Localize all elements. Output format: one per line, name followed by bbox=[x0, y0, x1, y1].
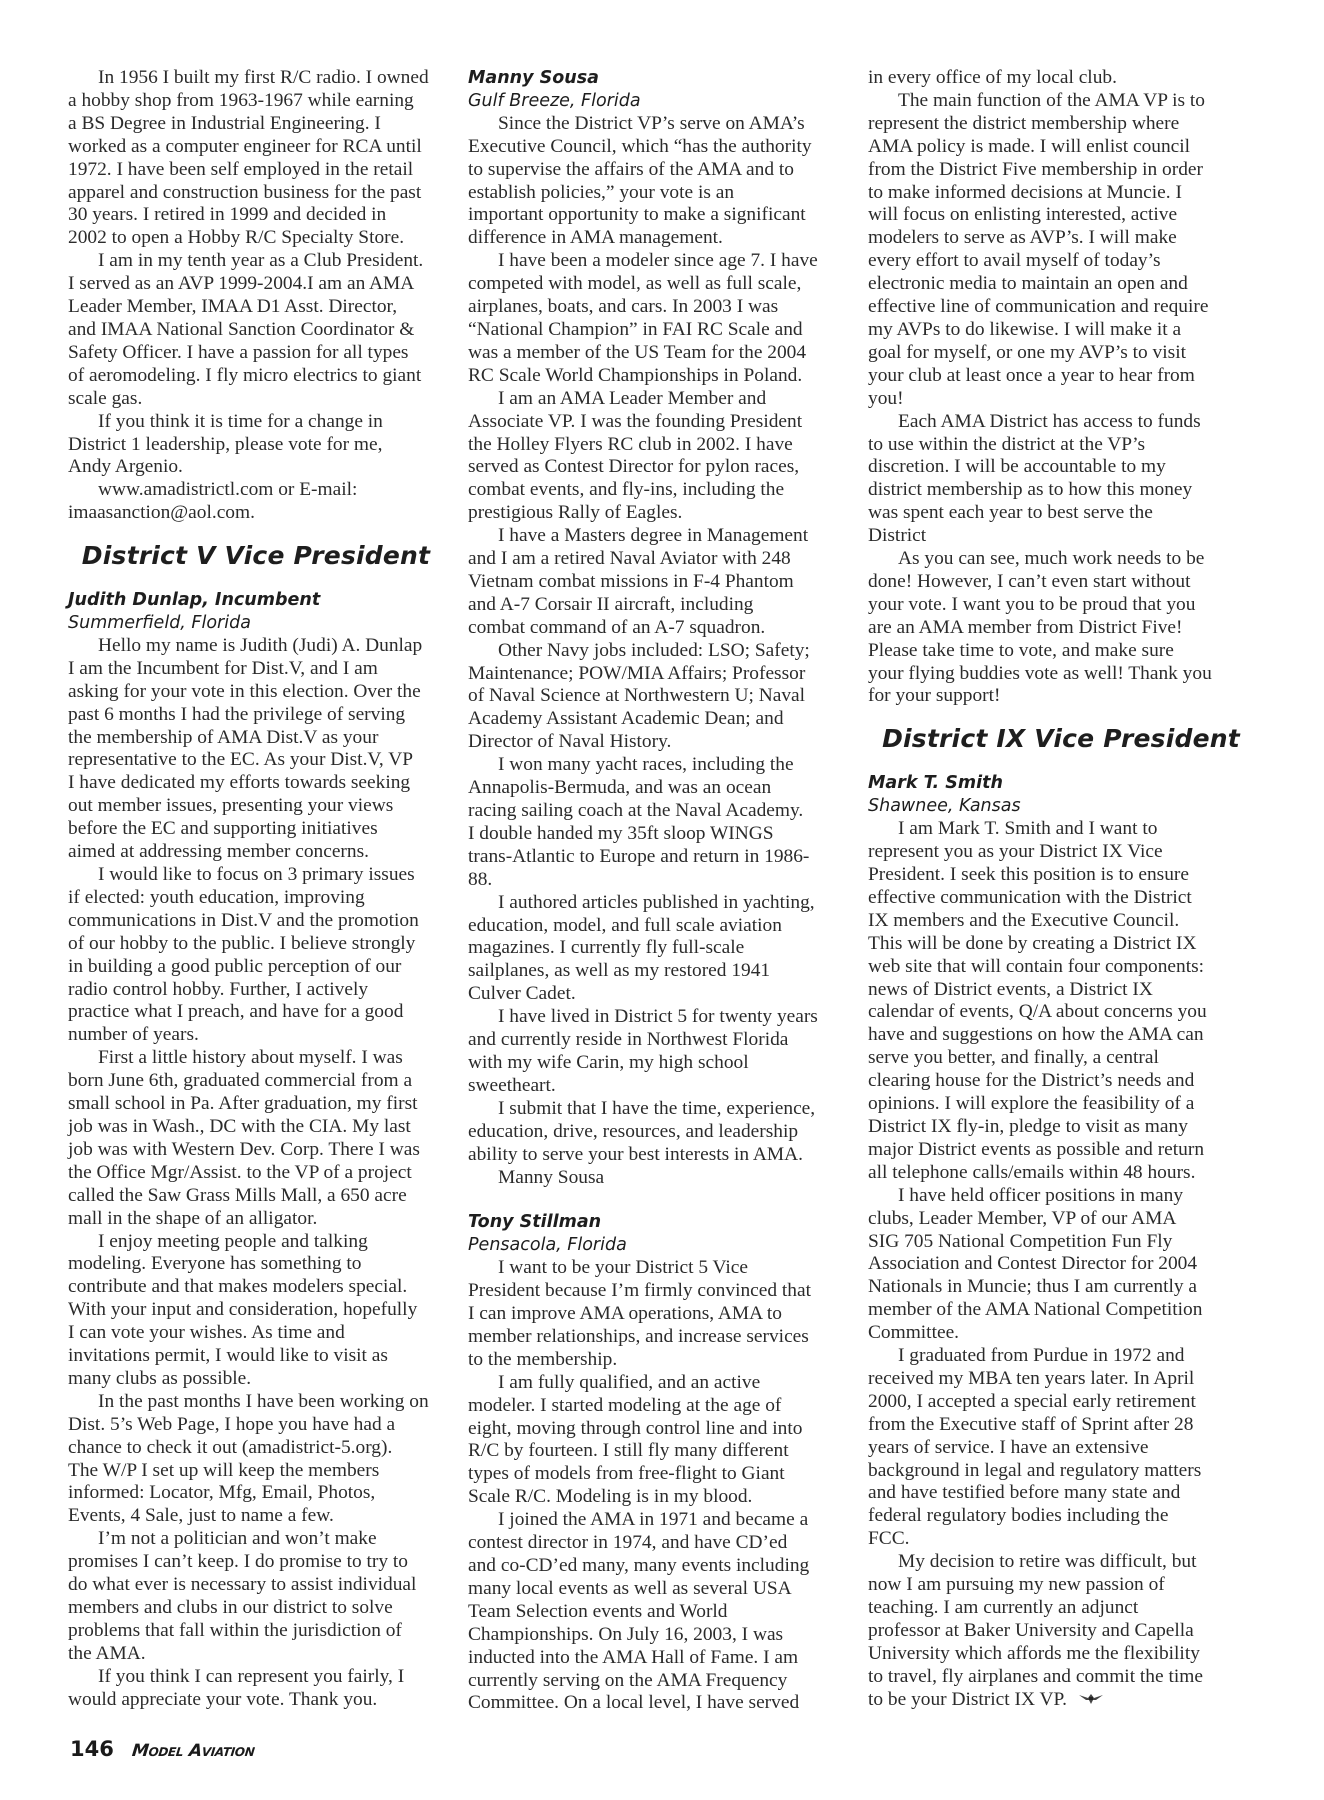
text-line: RC Scale World Championships in Poland. bbox=[468, 365, 850, 388]
text-line: types of models from free-flight to Gian… bbox=[468, 1463, 850, 1486]
text-line: done! However, I can’t even start withou… bbox=[868, 571, 1254, 594]
text-line: Annapolis-Bermuda, and was an ocean bbox=[468, 777, 850, 800]
text-line: Committee. On a local level, I have serv… bbox=[468, 1692, 850, 1715]
candidate-statement: Since the District VP’s serve on AMA’sEx… bbox=[468, 113, 850, 1190]
text-line: discretion. I will be accountable to my bbox=[868, 456, 1254, 479]
text-line: to supervise the affairs of the AMA and … bbox=[468, 159, 850, 182]
text-line: Dist. 5’s Web Page, I hope you have had … bbox=[68, 1414, 444, 1437]
text-line: AMA policy is made. I will enlist counci… bbox=[868, 136, 1254, 159]
text-line: I am Mark T. Smith and I want to bbox=[868, 818, 1254, 841]
text-line: I am in my tenth year as a Club Presiden… bbox=[68, 250, 444, 273]
paragraph: I authored articles published in yachtin… bbox=[468, 892, 850, 1007]
text-line: a hobby shop from 1963-1967 while earnin… bbox=[68, 90, 444, 113]
text-line: modeler. I started modeling at the age o… bbox=[468, 1395, 850, 1418]
text-line: small school in Pa. After graduation, my… bbox=[68, 1093, 444, 1116]
text-line: apparel and construction business for th… bbox=[68, 182, 444, 205]
text-line: In 1956 I built my first R/C radio. I ow… bbox=[68, 67, 444, 90]
paragraph: Other Navy jobs included: LSO; Safety;Ma… bbox=[468, 640, 850, 755]
text-line: communications in Dist.V and the promoti… bbox=[68, 910, 444, 933]
text-line: I served as an AVP 1999-2004.I am an AMA bbox=[68, 273, 444, 296]
text-line: with my wife Carin, my high school bbox=[468, 1052, 850, 1075]
text-line: I double handed my 35ft sloop WINGS bbox=[468, 823, 850, 846]
text-line: First a little history about myself. I w… bbox=[68, 1047, 444, 1070]
text-line: Academy Assistant Academic Dean; and bbox=[468, 708, 850, 731]
column-1: In 1956 I built my first R/C radio. I ow… bbox=[68, 67, 444, 1712]
text-line: Maintenance; POW/MIA Affairs; Professor bbox=[468, 663, 850, 686]
text-line: chance to check it out (amadistrict-5.or… bbox=[68, 1437, 444, 1460]
text-line: My decision to retire was difficult, but bbox=[868, 1551, 1254, 1574]
paragraph: I have a Masters degree in Managementand… bbox=[468, 525, 850, 640]
text-line: racing sailing coach at the Naval Academ… bbox=[468, 800, 850, 823]
text-line: mall in the shape of an alligator. bbox=[68, 1208, 444, 1231]
paragraph: I want to be your District 5 VicePreside… bbox=[468, 1257, 850, 1372]
text-line: establish policies,” your vote is an bbox=[468, 182, 850, 205]
candidate-statement: Hello my name is Judith (Judi) A. Dunlap… bbox=[68, 635, 444, 1712]
text-line: represent you as your District IX Vice bbox=[868, 841, 1254, 864]
tony-stillman-statement-continued: in every office of my local club.The mai… bbox=[868, 67, 1254, 708]
text-line: trans-Atlantic to Europe and return in 1… bbox=[468, 846, 850, 869]
text-line: I am the Incumbent for Dist.V, and I am bbox=[68, 658, 444, 681]
candidate-manny-sousa: Manny Sousa Gulf Breeze, Florida Since t… bbox=[468, 67, 850, 1189]
paragraph: I won many yacht races, including theAnn… bbox=[468, 754, 850, 891]
text-line: 88. bbox=[468, 869, 850, 892]
text-line: clearing house for the District’s needs … bbox=[868, 1070, 1254, 1093]
paragraph: Since the District VP’s serve on AMA’sEx… bbox=[468, 113, 850, 250]
text-line: from the Executive staff of Sprint after… bbox=[868, 1414, 1254, 1437]
paragraph: I’m not a politician and won’t makepromi… bbox=[68, 1528, 444, 1665]
text-line: R/C by fourteen. I still fly many differ… bbox=[468, 1440, 850, 1463]
spacer bbox=[468, 1189, 850, 1211]
text-line: Leader Member, IMAA D1 Asst. Director, bbox=[68, 296, 444, 319]
text-line: of aeromodeling. I fly micro electrics t… bbox=[68, 365, 444, 388]
candidate-tony-stillman: Tony Stillman Pensacola, Florida I want … bbox=[468, 1211, 850, 1715]
text-line: 1972. I have been self employed in the r… bbox=[68, 159, 444, 182]
paragraph: I have lived in District 5 for twenty ye… bbox=[468, 1006, 850, 1098]
text-line: As you can see, much work needs to be bbox=[868, 548, 1254, 571]
text-line: my AVPs to do likewise. I will make it a bbox=[868, 319, 1254, 342]
paragraph: If you think it is time for a change inD… bbox=[68, 411, 444, 480]
text-line: FCC. bbox=[868, 1528, 1254, 1551]
text-line: all telephone calls/emails within 48 hou… bbox=[868, 1162, 1254, 1185]
text-line: served as Contest Director for pylon rac… bbox=[468, 456, 850, 479]
page-number: 146 bbox=[70, 1737, 114, 1761]
candidate-location: Pensacola, Florida bbox=[468, 1234, 850, 1257]
text-line: news of District events, a District IX bbox=[868, 979, 1254, 1002]
paragraph: Each AMA District has access to fundsto … bbox=[868, 411, 1254, 548]
text-line: in every office of my local club. bbox=[868, 67, 1254, 90]
text-line: to be your District IX VP. bbox=[868, 1689, 1254, 1712]
text-line: inducted into the AMA Hall of Fame. I am bbox=[468, 1647, 850, 1670]
text-line: Associate VP. I was the founding Preside… bbox=[468, 411, 850, 434]
text-line: federal regulatory bodies including the bbox=[868, 1505, 1254, 1528]
text-line: would appreciate your vote. Thank you. bbox=[68, 1689, 444, 1712]
candidate-judith-dunlap: Judith Dunlap, Incumbent Summerfield, Fl… bbox=[68, 589, 444, 1711]
text-line: representative to the EC. As your Dist.V… bbox=[68, 749, 444, 772]
paragraph: in every office of my local club. bbox=[868, 67, 1254, 90]
paragraph: The main function of the AMA VP is torep… bbox=[868, 90, 1254, 411]
text-line: and co-CD’ed many, many events including bbox=[468, 1555, 850, 1578]
text-line: difference in AMA management. bbox=[468, 227, 850, 250]
text-line: your vote. I want you to be proud that y… bbox=[868, 594, 1254, 617]
text-line: Events, 4 Sale, just to name a few. bbox=[68, 1505, 444, 1528]
text-line: This will be done by creating a District… bbox=[868, 933, 1254, 956]
text-line: imaasanction@aol.com. bbox=[68, 502, 444, 525]
text-line: I can vote your wishes. As time and bbox=[68, 1322, 444, 1345]
text-line: Please take time to vote, and make sure bbox=[868, 640, 1254, 663]
text-line: electronic media to maintain an open and bbox=[868, 273, 1254, 296]
text-line: I enjoy meeting people and talking bbox=[68, 1231, 444, 1254]
candidate-name: Tony Stillman bbox=[468, 1211, 850, 1234]
text-line: I won many yacht races, including the bbox=[468, 754, 850, 777]
text-line: web site that will contain four componen… bbox=[868, 956, 1254, 979]
paragraph: I am Mark T. Smith and I want torepresen… bbox=[868, 818, 1254, 1185]
text-line: I have been a modeler since age 7. I hav… bbox=[468, 250, 850, 273]
text-line: problems that fall within the jurisdicti… bbox=[68, 1620, 444, 1643]
text-line: Andy Argenio. bbox=[68, 456, 444, 479]
text-line: clubs, Leader Member, VP of our AMA bbox=[868, 1208, 1254, 1231]
text-line: many clubs as possible. bbox=[68, 1368, 444, 1391]
text-line: I’m not a politician and won’t make bbox=[68, 1528, 444, 1551]
paragraph: Hello my name is Judith (Judi) A. Dunlap… bbox=[68, 635, 444, 864]
paragraph: I am in my tenth year as a Club Presiden… bbox=[68, 250, 444, 410]
text-line: serve you better, and finally, a central bbox=[868, 1047, 1254, 1070]
paragraph: www.amadistrictl.com or E-mail:imaasanct… bbox=[68, 479, 444, 525]
text-line: If you think it is time for a change in bbox=[68, 411, 444, 434]
text-line: Nationals in Muncie; thus I am currently… bbox=[868, 1276, 1254, 1299]
text-line: Other Navy jobs included: LSO; Safety; bbox=[468, 640, 850, 663]
text-line: asking for your vote in this election. O… bbox=[68, 681, 444, 704]
text-line: district membership as to how this money bbox=[868, 479, 1254, 502]
text-line: 30 years. I retired in 1999 and decided … bbox=[68, 204, 444, 227]
text-line: modeling. Everyone has something to bbox=[68, 1253, 444, 1276]
text-line: Manny Sousa bbox=[468, 1167, 850, 1190]
text-line: practice what I preach, and have for a g… bbox=[68, 1001, 444, 1024]
text-line: professor at Baker University and Capell… bbox=[868, 1620, 1254, 1643]
text-line: Culver Cadet. bbox=[468, 983, 850, 1006]
text-line: major District events as possible and re… bbox=[868, 1139, 1254, 1162]
text-line: eight, moving through control line and i… bbox=[468, 1418, 850, 1441]
text-line: every effort to avail myself of today’s bbox=[868, 250, 1254, 273]
text-line: SIG 705 National Competition Fun Fly bbox=[868, 1231, 1254, 1254]
text-line: member relationships, and increase servi… bbox=[468, 1326, 850, 1349]
candidate-statement: I am Mark T. Smith and I want torepresen… bbox=[868, 818, 1254, 1711]
text-line: I have dedicated my efforts towards seek… bbox=[68, 772, 444, 795]
text-line: combat command of an A-7 squadron. bbox=[468, 617, 850, 640]
text-line: have and suggestions on how the AMA can bbox=[868, 1024, 1254, 1047]
text-line: I joined the AMA in 1971 and became a bbox=[468, 1509, 850, 1532]
paragraph: I would like to focus on 3 primary issue… bbox=[68, 864, 444, 1047]
text-line: District IX fly-in, pledge to visit as m… bbox=[868, 1116, 1254, 1139]
candidate-name: Mark T. Smith bbox=[868, 772, 1254, 795]
text-line: currently serving on the AMA Frequency bbox=[468, 1670, 850, 1693]
paragraph: I graduated from Purdue in 1972 andrecei… bbox=[868, 1345, 1254, 1551]
text-line: With your input and consideration, hopef… bbox=[68, 1299, 444, 1322]
text-line: I am fully qualified, and an active bbox=[468, 1372, 850, 1395]
paragraph: I enjoy meeting people and talkingmodeli… bbox=[68, 1231, 444, 1391]
text-line: to use within the district at the VP’s bbox=[868, 434, 1254, 457]
text-line: I can improve AMA operations, AMA to bbox=[468, 1303, 850, 1326]
paragraph: I submit that I have the time, experienc… bbox=[468, 1098, 850, 1167]
magazine-title: Model Aviation bbox=[131, 1741, 256, 1761]
text-line: I authored articles published in yachtin… bbox=[468, 892, 850, 915]
text-line: will focus on enlisting interested, acti… bbox=[868, 204, 1254, 227]
text-line: IX members and the Executive Council. bbox=[868, 910, 1254, 933]
candidate-location: Gulf Breeze, Florida bbox=[468, 90, 850, 113]
paragraph: I am fully qualified, and an activemodel… bbox=[468, 1372, 850, 1509]
text-line: promises I can’t keep. I do promise to t… bbox=[68, 1551, 444, 1574]
text-line: background in legal and regulatory matte… bbox=[868, 1460, 1254, 1483]
candidate-mark-t-smith: Mark T. Smith Shawnee, Kansas I am Mark … bbox=[868, 772, 1254, 1711]
text-line: and IMAA National Sanction Coordinator & bbox=[68, 319, 444, 342]
text-line: In the past months I have been working o… bbox=[68, 1391, 444, 1414]
text-line: to travel, fly airplanes and commit the … bbox=[868, 1666, 1254, 1689]
paragraph: In 1956 I built my first R/C radio. I ow… bbox=[68, 67, 444, 250]
text-line: combat events, and fly-ins, including th… bbox=[468, 479, 850, 502]
text-line: President because I’m firmly convinced t… bbox=[468, 1280, 850, 1303]
text-line: from the District Five membership in ord… bbox=[868, 159, 1254, 182]
text-line: and I am a retired Naval Aviator with 24… bbox=[468, 548, 850, 571]
paragraph: If you think I can represent you fairly,… bbox=[68, 1666, 444, 1712]
text-line: Championships. On July 16, 2003, I was bbox=[468, 1624, 850, 1647]
text-line: born June 6th, graduated commercial from… bbox=[68, 1070, 444, 1093]
text-line: and have testified before many state and bbox=[868, 1482, 1254, 1505]
text-line: www.amadistrictl.com or E-mail: bbox=[68, 479, 444, 502]
paragraph: I joined the AMA in 1971 and became acon… bbox=[468, 1509, 850, 1715]
text-line: education, model, and full scale aviatio… bbox=[468, 915, 850, 938]
text-line: was a member of the US Team for the 2004 bbox=[468, 342, 850, 365]
text-line: job was with Western Dev. Corp. There I … bbox=[68, 1139, 444, 1162]
text-line: important opportunity to make a signific… bbox=[468, 204, 850, 227]
text-line: represent the district membership where bbox=[868, 113, 1254, 136]
text-line: the Holley Flyers RC club in 2002. I hav… bbox=[468, 434, 850, 457]
paragraph: I am an AMA Leader Member andAssociate V… bbox=[468, 388, 850, 525]
text-line: ability to serve your best interests in … bbox=[468, 1144, 850, 1167]
text-line: Team Selection events and World bbox=[468, 1601, 850, 1624]
text-line: District 1 leadership, please vote for m… bbox=[68, 434, 444, 457]
column-3: in every office of my local club.The mai… bbox=[868, 67, 1254, 1712]
text-line: The W/P I set up will keep the members bbox=[68, 1460, 444, 1483]
text-line: the Office Mgr/Assist. to the VP of a pr… bbox=[68, 1162, 444, 1185]
text-line: District bbox=[868, 525, 1254, 548]
text-line: sailplanes, as well as my restored 1941 bbox=[468, 960, 850, 983]
candidate-statement: I want to be your District 5 VicePreside… bbox=[468, 1257, 850, 1715]
text-line: for your support! bbox=[868, 685, 1254, 708]
text-line: job was in Wash., DC with the CIA. My la… bbox=[68, 1116, 444, 1139]
text-line: I have held officer positions in many bbox=[868, 1185, 1254, 1208]
text-line: do what ever is necessary to assist indi… bbox=[68, 1574, 444, 1597]
text-line: 2002 to open a Hobby R/C Specialty Store… bbox=[68, 227, 444, 250]
text-line: Hello my name is Judith (Judi) A. Dunlap bbox=[68, 635, 444, 658]
page-footer: 146 Model Aviation bbox=[70, 1737, 254, 1761]
paragraph: In the past months I have been working o… bbox=[68, 1391, 444, 1528]
text-line: Since the District VP’s serve on AMA’s bbox=[468, 113, 850, 136]
text-line: members and clubs in our district to sol… bbox=[68, 1597, 444, 1620]
text-line: I have a Masters degree in Management bbox=[468, 525, 850, 548]
text-line: I graduated from Purdue in 1972 and bbox=[868, 1345, 1254, 1368]
candidate-name: Judith Dunlap, Incumbent bbox=[68, 589, 444, 612]
text-line: 2000, I accepted a special early retirem… bbox=[868, 1391, 1254, 1414]
paragraph: Manny Sousa bbox=[468, 1167, 850, 1190]
text-line: Director of Naval History. bbox=[468, 731, 850, 754]
text-line: education, drive, resources, and leaders… bbox=[468, 1121, 850, 1144]
text-line: and A-7 Corsair II aircraft, including bbox=[468, 594, 850, 617]
text-line: aimed at addressing member concerns. bbox=[68, 841, 444, 864]
paragraph: I have held officer positions in manyclu… bbox=[868, 1185, 1254, 1345]
text-line: of our hobby to the public. I believe st… bbox=[68, 933, 444, 956]
text-line: in building a good public perception of … bbox=[68, 956, 444, 979]
text-line: calendar of events, Q/A about concerns y… bbox=[868, 1001, 1254, 1024]
text-line: Safety Officer. I have a passion for all… bbox=[68, 342, 444, 365]
paragraph: First a little history about myself. I w… bbox=[68, 1047, 444, 1230]
text-line: If you think I can represent you fairly,… bbox=[68, 1666, 444, 1689]
text-line: Each AMA District has access to funds bbox=[868, 411, 1254, 434]
text-line: many local events as well as several USA bbox=[468, 1578, 850, 1601]
text-line: Executive Council, which “has the author… bbox=[468, 136, 850, 159]
text-line: contribute and that makes modelers speci… bbox=[68, 1276, 444, 1299]
text-line: of Naval Science at Northwestern U; Nava… bbox=[468, 685, 850, 708]
text-line: I submit that I have the time, experienc… bbox=[468, 1098, 850, 1121]
paragraph: I have been a modeler since age 7. I hav… bbox=[468, 250, 850, 387]
text-line: Scale R/C. Modeling is in my blood. bbox=[468, 1486, 850, 1509]
text-line: a BS Degree in Industrial Engineering. I bbox=[68, 113, 444, 136]
text-line: received my MBA ten years later. In Apri… bbox=[868, 1368, 1254, 1391]
text-line: effective line of communication and requ… bbox=[868, 296, 1254, 319]
text-line: past 6 months I had the privilege of ser… bbox=[68, 704, 444, 727]
text-line: competed with model, as well as full sca… bbox=[468, 273, 850, 296]
text-line: sweetheart. bbox=[468, 1075, 850, 1098]
section-heading-district-v: District V Vice President bbox=[68, 541, 444, 571]
text-line: and currently reside in Northwest Florid… bbox=[468, 1029, 850, 1052]
text-line: invitations permit, I would like to visi… bbox=[68, 1345, 444, 1368]
text-line: “National Champion” in FAI RC Scale and bbox=[468, 319, 850, 342]
text-line: opinions. I will explore the feasibility… bbox=[868, 1093, 1254, 1116]
column-2: Manny Sousa Gulf Breeze, Florida Since t… bbox=[468, 67, 850, 1715]
text-line: to the membership. bbox=[468, 1349, 850, 1372]
text-line: I would like to focus on 3 primary issue… bbox=[68, 864, 444, 887]
text-line: The main function of the AMA VP is to bbox=[868, 90, 1254, 113]
text-line: out member issues, presenting your views bbox=[68, 795, 444, 818]
text-line: I have lived in District 5 for twenty ye… bbox=[468, 1006, 850, 1029]
text-line: are an AMA member from District Five! bbox=[868, 617, 1254, 640]
text-line: the membership of AMA Dist.V as your bbox=[68, 727, 444, 750]
paragraph: My decision to retire was difficult, but… bbox=[868, 1551, 1254, 1711]
text-line: goal for myself, or one my AVP’s to visi… bbox=[868, 342, 1254, 365]
text-line: if elected: youth education, improving bbox=[68, 887, 444, 910]
text-line: before the EC and supporting initiatives bbox=[68, 818, 444, 841]
text-line: President. I seek this position is to en… bbox=[868, 864, 1254, 887]
andy-argenio-statement-continued: In 1956 I built my first R/C radio. I ow… bbox=[68, 67, 444, 525]
text-line: was spent each year to best serve the bbox=[868, 502, 1254, 525]
text-line: prestigious Rally of Eagles. bbox=[468, 502, 850, 525]
text-line: to make informed decisions at Muncie. I bbox=[868, 182, 1254, 205]
text-line: member of the AMA National Competition bbox=[868, 1299, 1254, 1322]
candidate-name: Manny Sousa bbox=[468, 67, 850, 90]
text-line: airplanes, boats, and cars. In 2003 I wa… bbox=[468, 296, 850, 319]
section-heading-district-ix: District IX Vice President bbox=[868, 724, 1254, 754]
text-line: radio control hobby. Further, I actively bbox=[68, 979, 444, 1002]
text-line: Association and Contest Director for 200… bbox=[868, 1253, 1254, 1276]
text-line: called the Saw Grass Mills Mall, a 650 a… bbox=[68, 1185, 444, 1208]
text-line: years of service. I have an extensive bbox=[868, 1437, 1254, 1460]
text-line: worked as a computer engineer for RCA un… bbox=[68, 136, 444, 159]
text-line: effective communication with the Distric… bbox=[868, 887, 1254, 910]
candidate-location: Summerfield, Florida bbox=[68, 612, 444, 635]
text-line: Committee. bbox=[868, 1322, 1254, 1345]
text-line: I am an AMA Leader Member and bbox=[468, 388, 850, 411]
text-line: scale gas. bbox=[68, 388, 444, 411]
text-line: number of years. bbox=[68, 1024, 444, 1047]
text-line: I want to be your District 5 Vice bbox=[468, 1257, 850, 1280]
candidate-location: Shawnee, Kansas bbox=[868, 795, 1254, 818]
ama-wings-logo-icon bbox=[1078, 1689, 1104, 1712]
paragraph: As you can see, much work needs to bedon… bbox=[868, 548, 1254, 708]
text-line: your club at least once a year to hear f… bbox=[868, 365, 1254, 388]
text-line: contest director in 1974, and have CD’ed bbox=[468, 1532, 850, 1555]
text-line: now I am pursuing my new passion of bbox=[868, 1574, 1254, 1597]
text-line: your flying buddies vote as well! Thank … bbox=[868, 663, 1254, 686]
text-line: you! bbox=[868, 388, 1254, 411]
text-line: University which affords me the flexibil… bbox=[868, 1643, 1254, 1666]
text-line: teaching. I am currently an adjunct bbox=[868, 1597, 1254, 1620]
text-line: modelers to serve as AVP’s. I will make bbox=[868, 227, 1254, 250]
text-line: Vietnam combat missions in F-4 Phantom bbox=[468, 571, 850, 594]
text-line: informed: Locator, Mfg, Email, Photos, bbox=[68, 1482, 444, 1505]
text-line: magazines. I currently fly full-scale bbox=[468, 937, 850, 960]
text-line: the AMA. bbox=[68, 1643, 444, 1666]
